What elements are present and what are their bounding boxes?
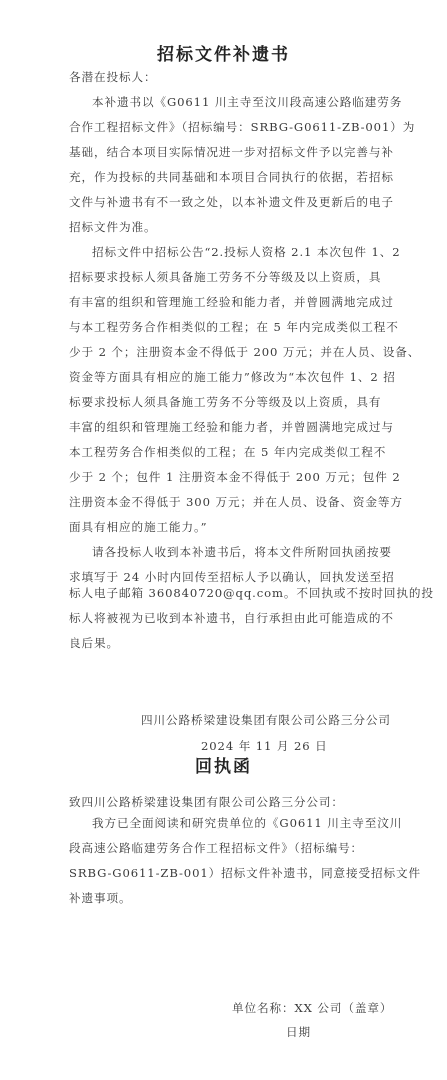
receipt-salutation: 致四川公路桥梁建设集团有限公司公路三分公司： — [69, 794, 381, 810]
para2-line: 注册资本金不得低于 300 万元；并在人员、设备、资金等方 — [69, 494, 381, 510]
para2-line: 与本工程劳务合作相类似的工程；在 5 年内完成类似工程不 — [69, 319, 381, 335]
para2-line: 丰富的组织和管理施工经验和能力者，并曾圆满地完成过与 — [69, 419, 381, 435]
para2-line: 少于 2 个；包件 1 注册资本金不得低于 200 万元；包件 2 — [69, 469, 381, 485]
para2-line: 资金等方面具有相应的施工能力”修改为“本次包件 1、2 招 — [69, 369, 381, 385]
para3-line: 良后果。 — [69, 635, 381, 651]
receipt-line: 补遗事项。 — [69, 890, 381, 906]
para1-line: 充，作为投标的共同基础和本项目合同执行的依据，若招标 — [69, 169, 381, 185]
issuer-name: 四川公路桥梁建设集团有限公司公路三分公司 — [141, 712, 391, 728]
para3-line: 请各投标人收到本补遗书后，将本文件所附回执函按要 — [92, 544, 381, 560]
para3-line: 求填写于 24 小时内回传至招标人予以确认，回执发送至招 — [69, 569, 381, 585]
para1-line: 基础，结合本项目实际情况进一步对招标文件予以完善与补 — [69, 144, 381, 160]
para2-line: 有丰富的组织和管理施工经验和能力者，并曾圆满地完成过 — [69, 294, 381, 310]
para1-line: 本补遗书以《G0611 川主寺至汶川段高速公路临建劳务 — [92, 94, 381, 110]
para1-line: 招标文件为准。 — [69, 219, 381, 235]
salutation: 各潜在投标人： — [69, 69, 381, 85]
document-title: 招标文件补遗书 — [0, 40, 447, 65]
para1-line: 合作工程招标文件》（招标编号：SRBG-G0611-ZB-001）为 — [69, 119, 381, 135]
date-label: 日期 — [286, 1024, 311, 1040]
receipt-title: 回执函 — [0, 752, 447, 777]
para2-line: 招标要求投标人须具备施工劳务不分等级及以上资质，具 — [69, 269, 381, 285]
receipt-line: SRBG-G0611-ZB-001）招标文件补遗书，同意接受招标文件 — [69, 865, 381, 881]
receipt-line: 段高速公路临建劳务合作工程招标文件》（招标编号： — [69, 840, 381, 856]
unit-name-label: 单位名称：XX 公司（盖章） — [232, 1000, 392, 1016]
para3-line: 标人电子邮箱 360840720@qq.com。不回执或不按时回执的投 — [69, 585, 381, 601]
para2-line: 招标文件中招标公告“2.投标人资格 2.1 本次包件 1、2 — [92, 244, 381, 260]
para2-line: 本工程劳务合作相类似的工程；在 5 年内完成类似工程不 — [69, 444, 381, 460]
para1-line: 文件与补遗书有不一致之处，以本补遗文件及更新后的电子 — [69, 194, 381, 210]
para2-line: 面具有相应的施工能力。” — [69, 519, 381, 535]
document-page: 招标文件补遗书 各潜在投标人： 本补遗书以《G0611 川主寺至汶川段高速公路临… — [0, 0, 447, 1080]
receipt-line: 我方已全面阅读和研究贵单位的《G0611 川主寺至汶川 — [92, 815, 381, 831]
para2-line: 少于 2 个；注册资本金不得低于 200 万元；并在人员、设备、 — [69, 344, 381, 360]
para3-line: 标人将被视为已收到本补遗书，自行承担由此可能造成的不 — [69, 610, 381, 626]
para2-line: 标要求投标人须具备施工劳务不分等级及以上资质，具有 — [69, 394, 381, 410]
